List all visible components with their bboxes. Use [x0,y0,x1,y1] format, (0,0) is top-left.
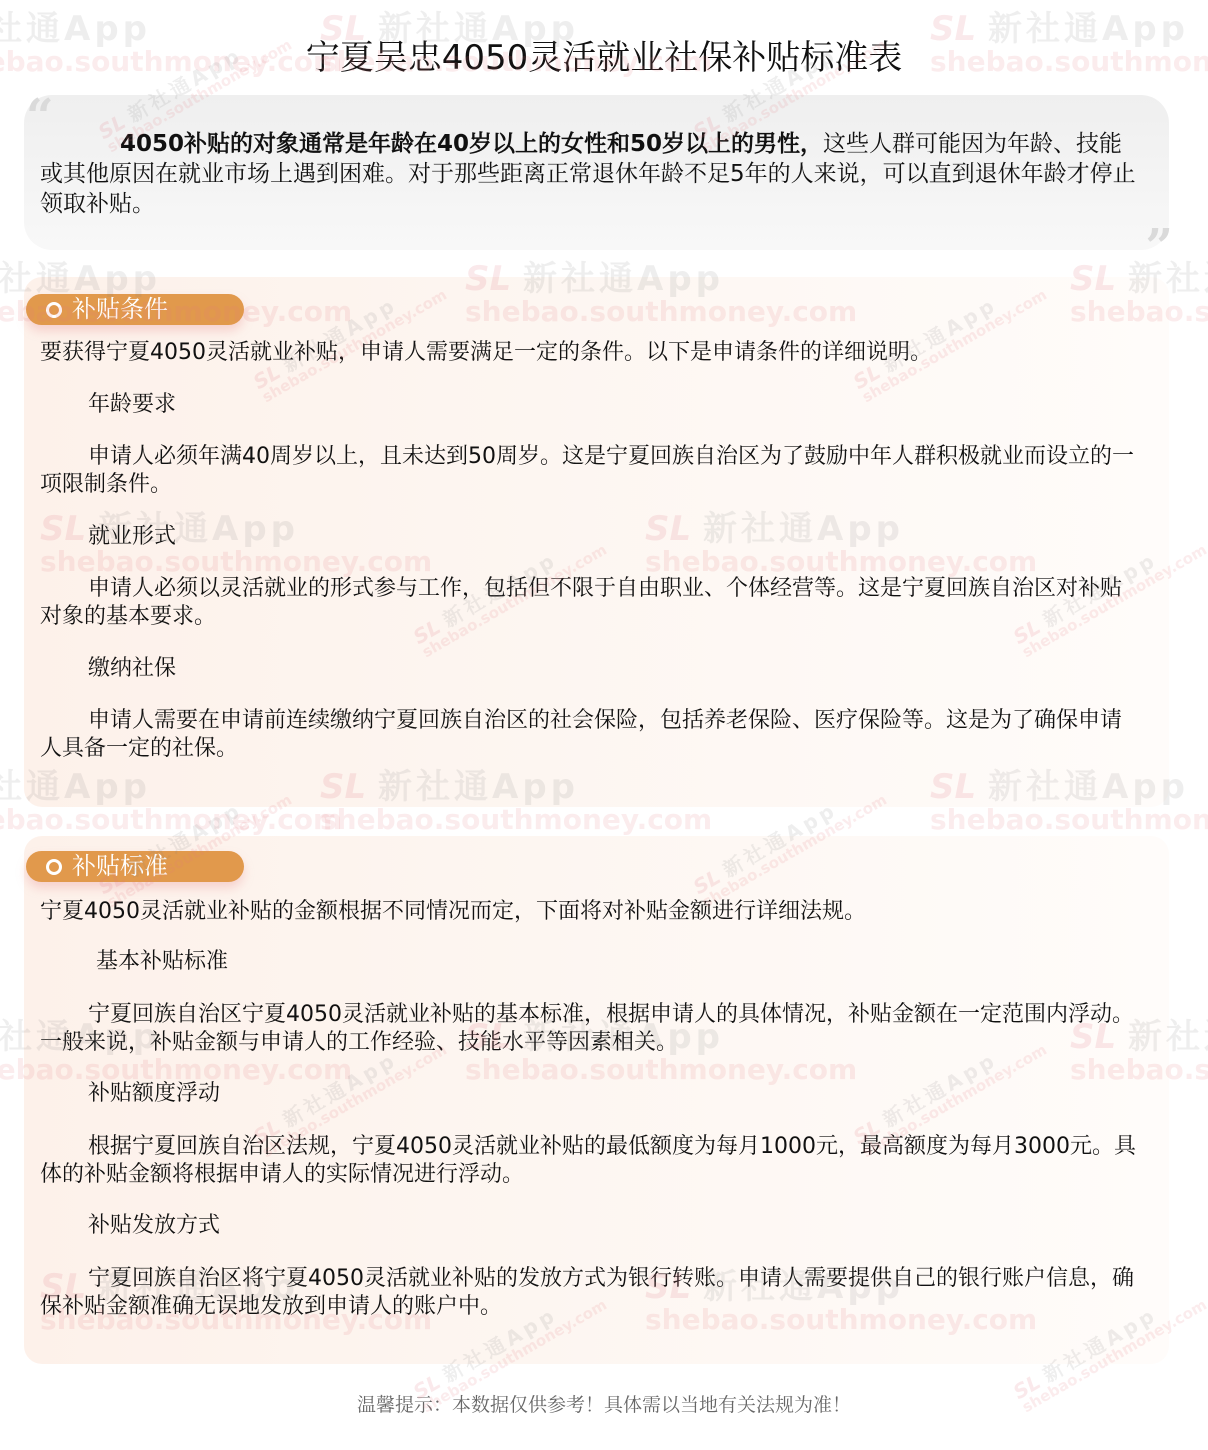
subhead-amount-range: 补贴额度浮动 [40,1080,1188,1108]
section-heading-label: 补贴标准 [72,851,168,882]
body-employment: 申请人必须以灵活就业的形式参与工作，包括但不限于自由职业、个体经营等。这是宁夏回… [40,575,1140,631]
section-heading-pill: 补贴标准 [26,851,244,882]
intro-quote-card: “ 4050补贴的对象通常是年龄在40岁以上的女性和50岁以上的男性，这些人群可… [24,95,1169,250]
section-lead: 要获得宁夏4050灵活就业补贴，申请人需要满足一定的条件。以下是申请条件的详细说… [40,339,1140,367]
subhead-age: 年龄要求 [40,391,1188,419]
circle-bullet-icon [46,859,62,875]
circle-bullet-icon [46,302,62,318]
page-title: 宁夏吴忠4050灵活就业社保补贴标准表 [0,30,1208,79]
footer-disclaimer: 温馨提示：本数据仅供参考！具体需以当地有关法规为准！ [0,1390,1208,1417]
body-payment-method: 宁夏回族自治区将宁夏4050灵活就业补贴的发放方式为银行转账。申请人需要提供自己… [40,1265,1140,1321]
subhead-basic-standard: 基本补贴标准 [40,948,1196,976]
subhead-employment: 就业形式 [40,523,1188,551]
body-social-insurance: 申请人需要在申请前连续缴纳宁夏回族自治区的社会保险，包括养老保险、医疗保险等。这… [40,707,1140,763]
section-subsidy-standards: 补贴标准 宁夏4050灵活就业补贴的金额根据不同情况而定，下面将对补贴金额进行详… [24,836,1169,1364]
section-heading-pill: 补贴条件 [26,294,244,325]
body-age: 申请人必须年满40周岁以上，且未达到50周岁。这是宁夏回族自治区为了鼓励中年人群… [40,443,1140,499]
intro-bold-text: 4050补贴的对象通常是年龄在40岁以上的女性和50岁以上的男性， [120,131,823,157]
intro-text: 4050补贴的对象通常是年龄在40岁以上的女性和50岁以上的男性，这些人群可能因… [40,129,1140,219]
section-heading-label: 补贴条件 [72,294,168,325]
section-lead: 宁夏4050灵活就业补贴的金额根据不同情况而定，下面将对补贴金额进行详细法规。 [40,898,1140,926]
body-basic-standard: 宁夏回族自治区宁夏4050灵活就业补贴的基本标准，根据申请人的具体情况，补贴金额… [40,1001,1140,1057]
subhead-social-insurance: 缴纳社保 [40,655,1188,683]
body-amount-range: 根据宁夏回族自治区法规，宁夏4050灵活就业补贴的最低额度为每月1000元，最高… [40,1133,1140,1189]
quote-close-icon: ” [1145,223,1173,271]
subhead-payment-method: 补贴发放方式 [40,1212,1188,1240]
section-subsidy-conditions: 补贴条件 要获得宁夏4050灵活就业补贴，申请人需要满足一定的条件。以下是申请条… [24,277,1169,807]
